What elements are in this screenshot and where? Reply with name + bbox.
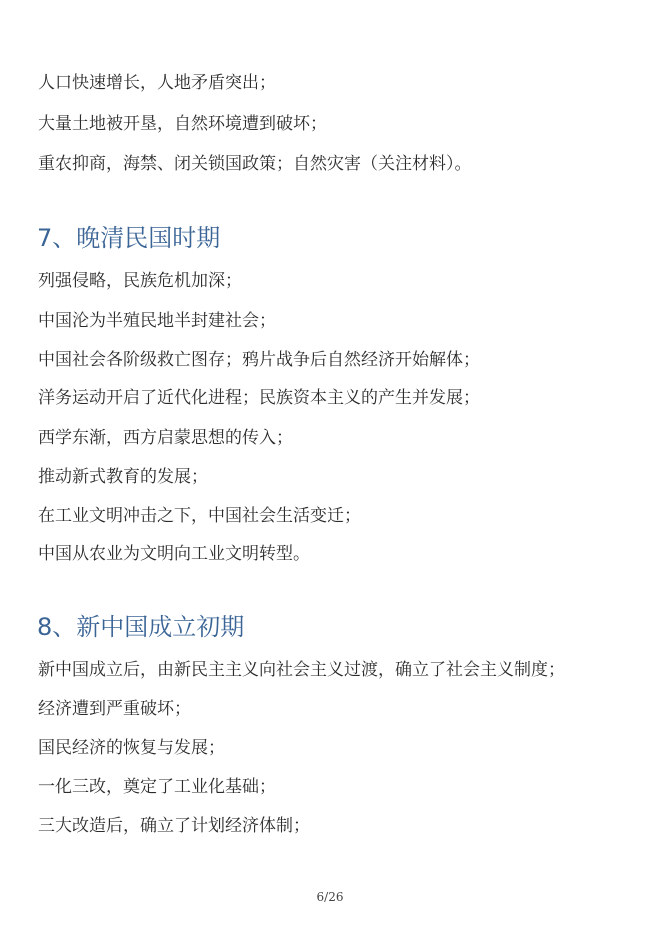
text-line: 三大改造后，确立了计划经济体制； xyxy=(38,815,310,837)
text-line: 列强侵略，民族危机加深； xyxy=(38,270,242,292)
text-line: 洋务运动开启了近代化进程；民族资本主义的产生并发展； xyxy=(38,387,480,409)
text-line: 一化三改，奠定了工业化基础； xyxy=(38,776,276,798)
section-heading-8: 8、新中国成立初期 xyxy=(37,612,244,642)
text-line: 人口快速增长，人地矛盾突出； xyxy=(38,72,276,94)
text-line: 新中国成立后，由新民主主义向社会主义过渡，确立了社会主义制度； xyxy=(38,659,565,681)
text-line: 中国社会各阶级救亡图存；鸦片战争后自然经济开始解体； xyxy=(38,349,480,371)
page-number: 6/26 xyxy=(0,890,660,904)
text-line: 中国从农业为文明向工业文明转型。 xyxy=(38,543,310,565)
text-line: 推动新式教育的发展； xyxy=(38,466,208,488)
text-line: 大量土地被开垦，自然环境遭到破坏； xyxy=(38,113,327,135)
text-line: 中国沦为半殖民地半封建社会； xyxy=(38,310,276,332)
text-line: 经济遭到严重破坏； xyxy=(38,698,191,720)
section-heading-7: 7、晚清民国时期 xyxy=(37,223,220,253)
text-line: 重农抑商，海禁、闭关锁国政策；自然灾害（关注材料）。 xyxy=(38,153,472,175)
text-line: 西学东渐，西方启蒙思想的传入； xyxy=(38,427,293,449)
text-line: 在工业文明冲击之下，中国社会生活变迁； xyxy=(38,505,361,527)
text-line: 国民经济的恢复与发展； xyxy=(38,737,225,759)
